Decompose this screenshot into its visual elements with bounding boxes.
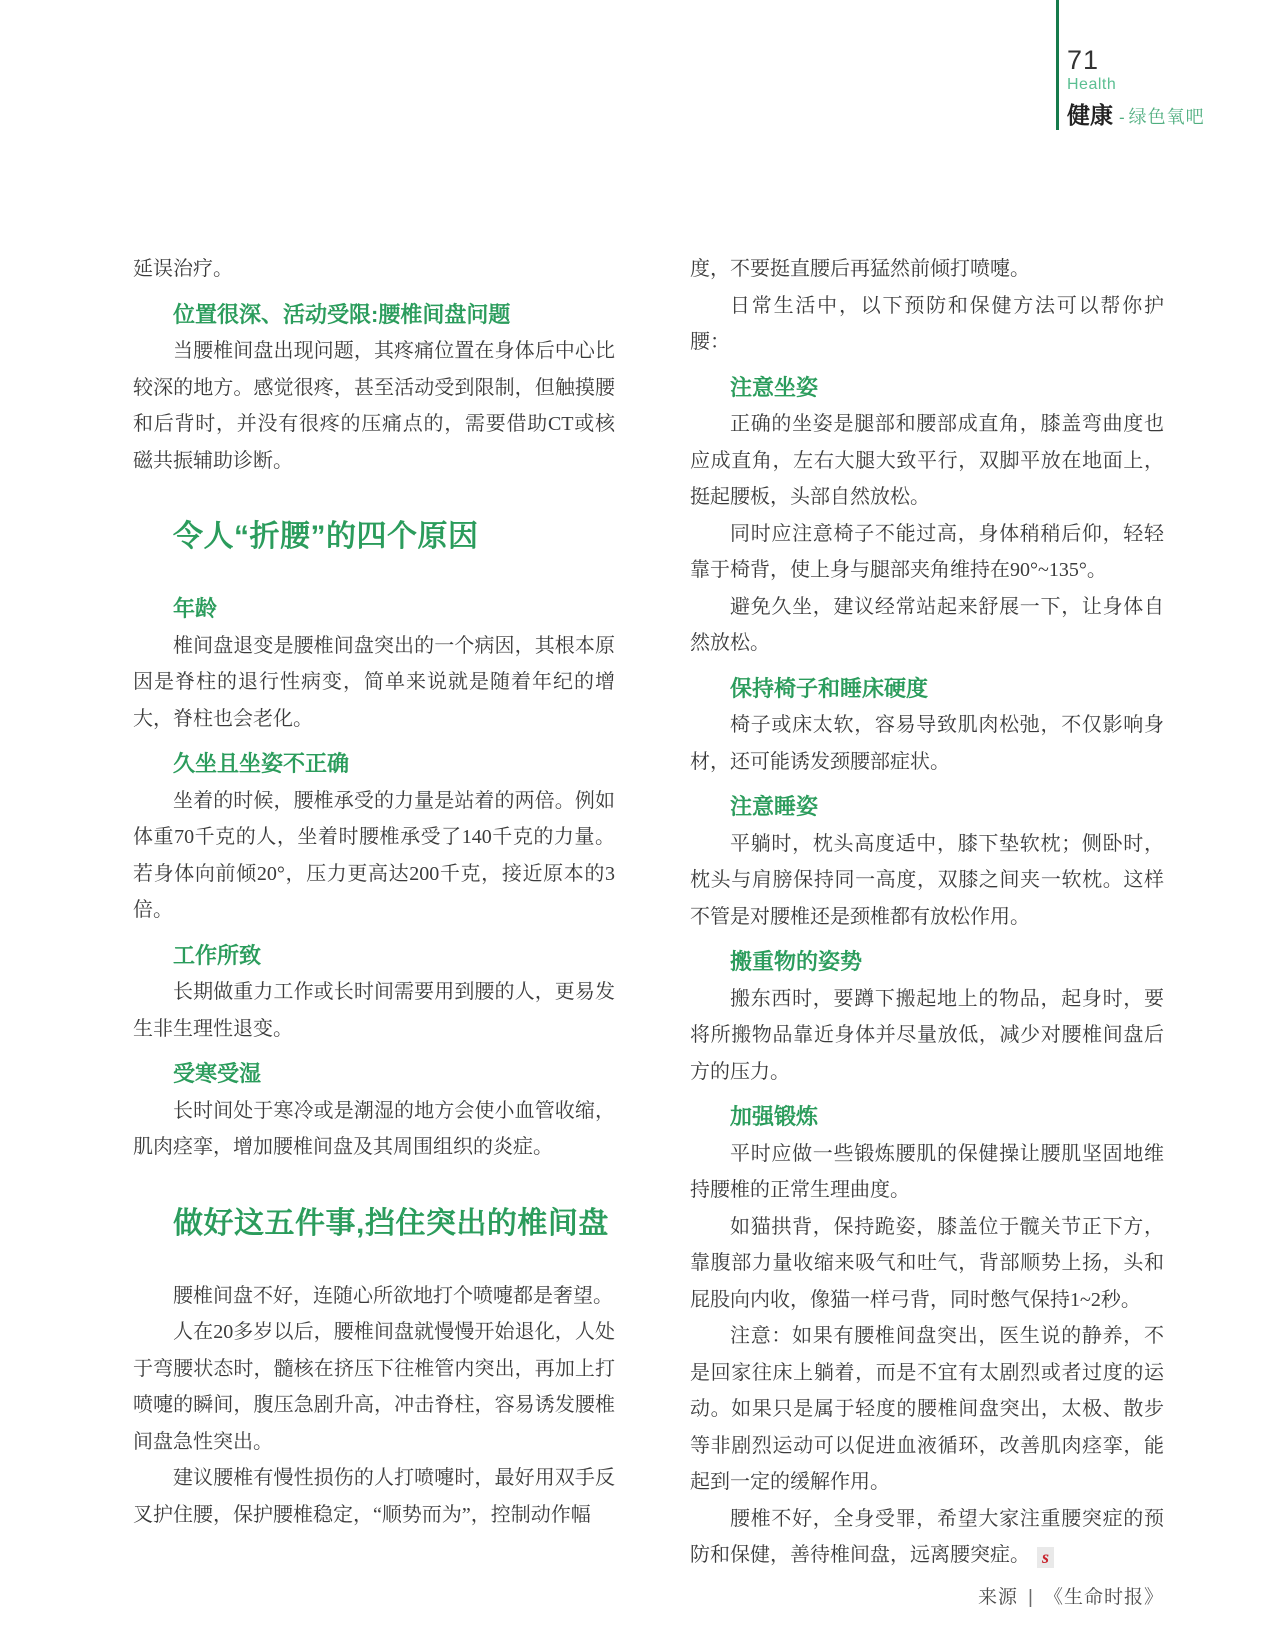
paragraph: 长期做重力工作或长时间需要用到腰的人，更易发生非生理性退变。: [133, 974, 615, 1047]
page-number: 71: [1067, 46, 1256, 74]
paragraph: 腰椎间盘不好，连随心所欲地打个喷嚏都是奢望。: [133, 1278, 615, 1315]
paragraph: 长时间处于寒冷或是潮湿的地方会使小血管收缩，肌肉痉挛，增加腰椎间盘及其周围组织的…: [133, 1093, 615, 1166]
section-heading: 做好这五件事,挡住突出的椎间盘: [173, 1204, 615, 1244]
page-header: 71 Health 健康-绿色氧吧: [1056, 0, 1256, 130]
paragraph: 正确的坐姿是腿部和腰部成直角，膝盖弯曲度也应成直角，左右大腿大致平行，双脚平放在…: [690, 406, 1164, 516]
section-name-row: 健康-绿色氧吧: [1067, 97, 1256, 130]
sub-heading: 搬重物的姿势: [730, 944, 1164, 981]
source-name: 《生命时报》: [1044, 1587, 1164, 1608]
paragraph: 注意：如果有腰椎间盘突出，医生说的静养，不是回家往床上躺着，而是不宜有太剧烈或者…: [690, 1318, 1164, 1501]
source-separator: |: [1028, 1587, 1034, 1608]
right-column-blocks: 度，不要挺直腰后再猛然前倾打喷嚏。日常生活中，以下预防和保健方法可以帮你护腰：注…: [690, 251, 1164, 1574]
source-line: 来源|《生命时报》: [690, 1582, 1164, 1609]
paragraph: 同时应注意椅子不能过高，身体稍稍后仰，轻轻靠于椅背，使上身与腿部夹角维持在90°…: [690, 516, 1164, 589]
paragraph: 日常生活中，以下预防和保健方法可以帮你护腰：: [690, 288, 1164, 361]
paragraph: 延误治疗。: [133, 251, 615, 288]
paragraph: 如猫拱背，保持跪姿，膝盖位于髋关节正下方，靠腹部力量收缩来吸气和吐气，背部顺势上…: [690, 1209, 1164, 1319]
paragraph: 避免久坐，建议经常站起来舒展一下，让身体自然放松。: [690, 589, 1164, 662]
sub-heading: 工作所致: [173, 938, 615, 975]
paragraph: 度，不要挺直腰后再猛然前倾打喷嚏。: [690, 251, 1164, 288]
paragraph: 平时应做一些锻炼腰肌的保健操让腰肌坚固地维持腰椎的正常生理曲度。: [690, 1136, 1164, 1209]
sub-heading: 加强锻炼: [730, 1099, 1164, 1136]
paragraph: 建议腰椎有慢性损伤的人打喷嚏时，最好用双手反叉护住腰，保护腰椎稳定，“顺势而为”…: [133, 1460, 615, 1533]
sub-heading: 年龄: [173, 591, 615, 628]
sub-heading: 注意睡姿: [730, 789, 1164, 826]
paragraph: 搬东西时，要蹲下搬起地上的物品，起身时，要将所搬物品靠近身体并尽量放低，减少对腰…: [690, 981, 1164, 1091]
section-name-en: Health: [1067, 76, 1256, 94]
sub-heading: 保持椅子和睡床硬度: [730, 671, 1164, 708]
section-separator: -: [1119, 108, 1125, 127]
paragraph: 人在20多岁以后，腰椎间盘就慢慢开始退化，人处于弯腰状态时，髓核在挤压下往椎管内…: [133, 1314, 615, 1460]
sub-heading: 位置很深、活动受限:腰椎间盘问题: [173, 297, 615, 334]
left-column: 延误治疗。位置很深、活动受限:腰椎间盘问题当腰椎间盘出现问题，其疼痛位置在身体后…: [133, 251, 615, 1533]
source-label: 来源: [978, 1587, 1018, 1608]
section-subtitle: 绿色氧吧: [1129, 107, 1205, 127]
article-end-mark-icon: s: [1037, 1547, 1054, 1568]
right-column: 度，不要挺直腰后再猛然前倾打喷嚏。日常生活中，以下预防和保健方法可以帮你护腰：注…: [690, 251, 1164, 1609]
sub-heading: 注意坐姿: [730, 370, 1164, 407]
section-heading: 令人“折腰”的四个原因: [173, 517, 615, 557]
sub-heading: 久坐且坐姿不正确: [173, 746, 615, 783]
magazine-page: 71 Health 健康-绿色氧吧 延误治疗。位置很深、活动受限:腰椎间盘问题当…: [0, 0, 1270, 1642]
paragraph: 坐着的时候，腰椎承受的力量是站着的两倍。例如体重70千克的人，坐着时腰椎承受了1…: [133, 783, 615, 929]
sub-heading: 受寒受湿: [173, 1056, 615, 1093]
section-name-zh: 健康: [1067, 102, 1113, 128]
paragraph: 平躺时，枕头高度适中，膝下垫软枕；侧卧时，枕头与肩膀保持同一高度，双膝之间夹一软…: [690, 826, 1164, 936]
paragraph: 椎间盘退变是腰椎间盘突出的一个病因，其根本原因是脊柱的退行性病变，简单来说就是随…: [133, 628, 615, 738]
paragraph: 腰椎不好，全身受罪，希望大家注重腰突症的预防和保健，善待椎间盘，远离腰突症。s: [690, 1501, 1164, 1574]
paragraph: 椅子或床太软，容易导致肌肉松弛，不仅影响身材，还可能诱发颈腰部症状。: [690, 707, 1164, 780]
paragraph: 当腰椎间盘出现问题，其疼痛位置在身体后中心比较深的地方。感觉很疼，甚至活动受到限…: [133, 333, 615, 479]
